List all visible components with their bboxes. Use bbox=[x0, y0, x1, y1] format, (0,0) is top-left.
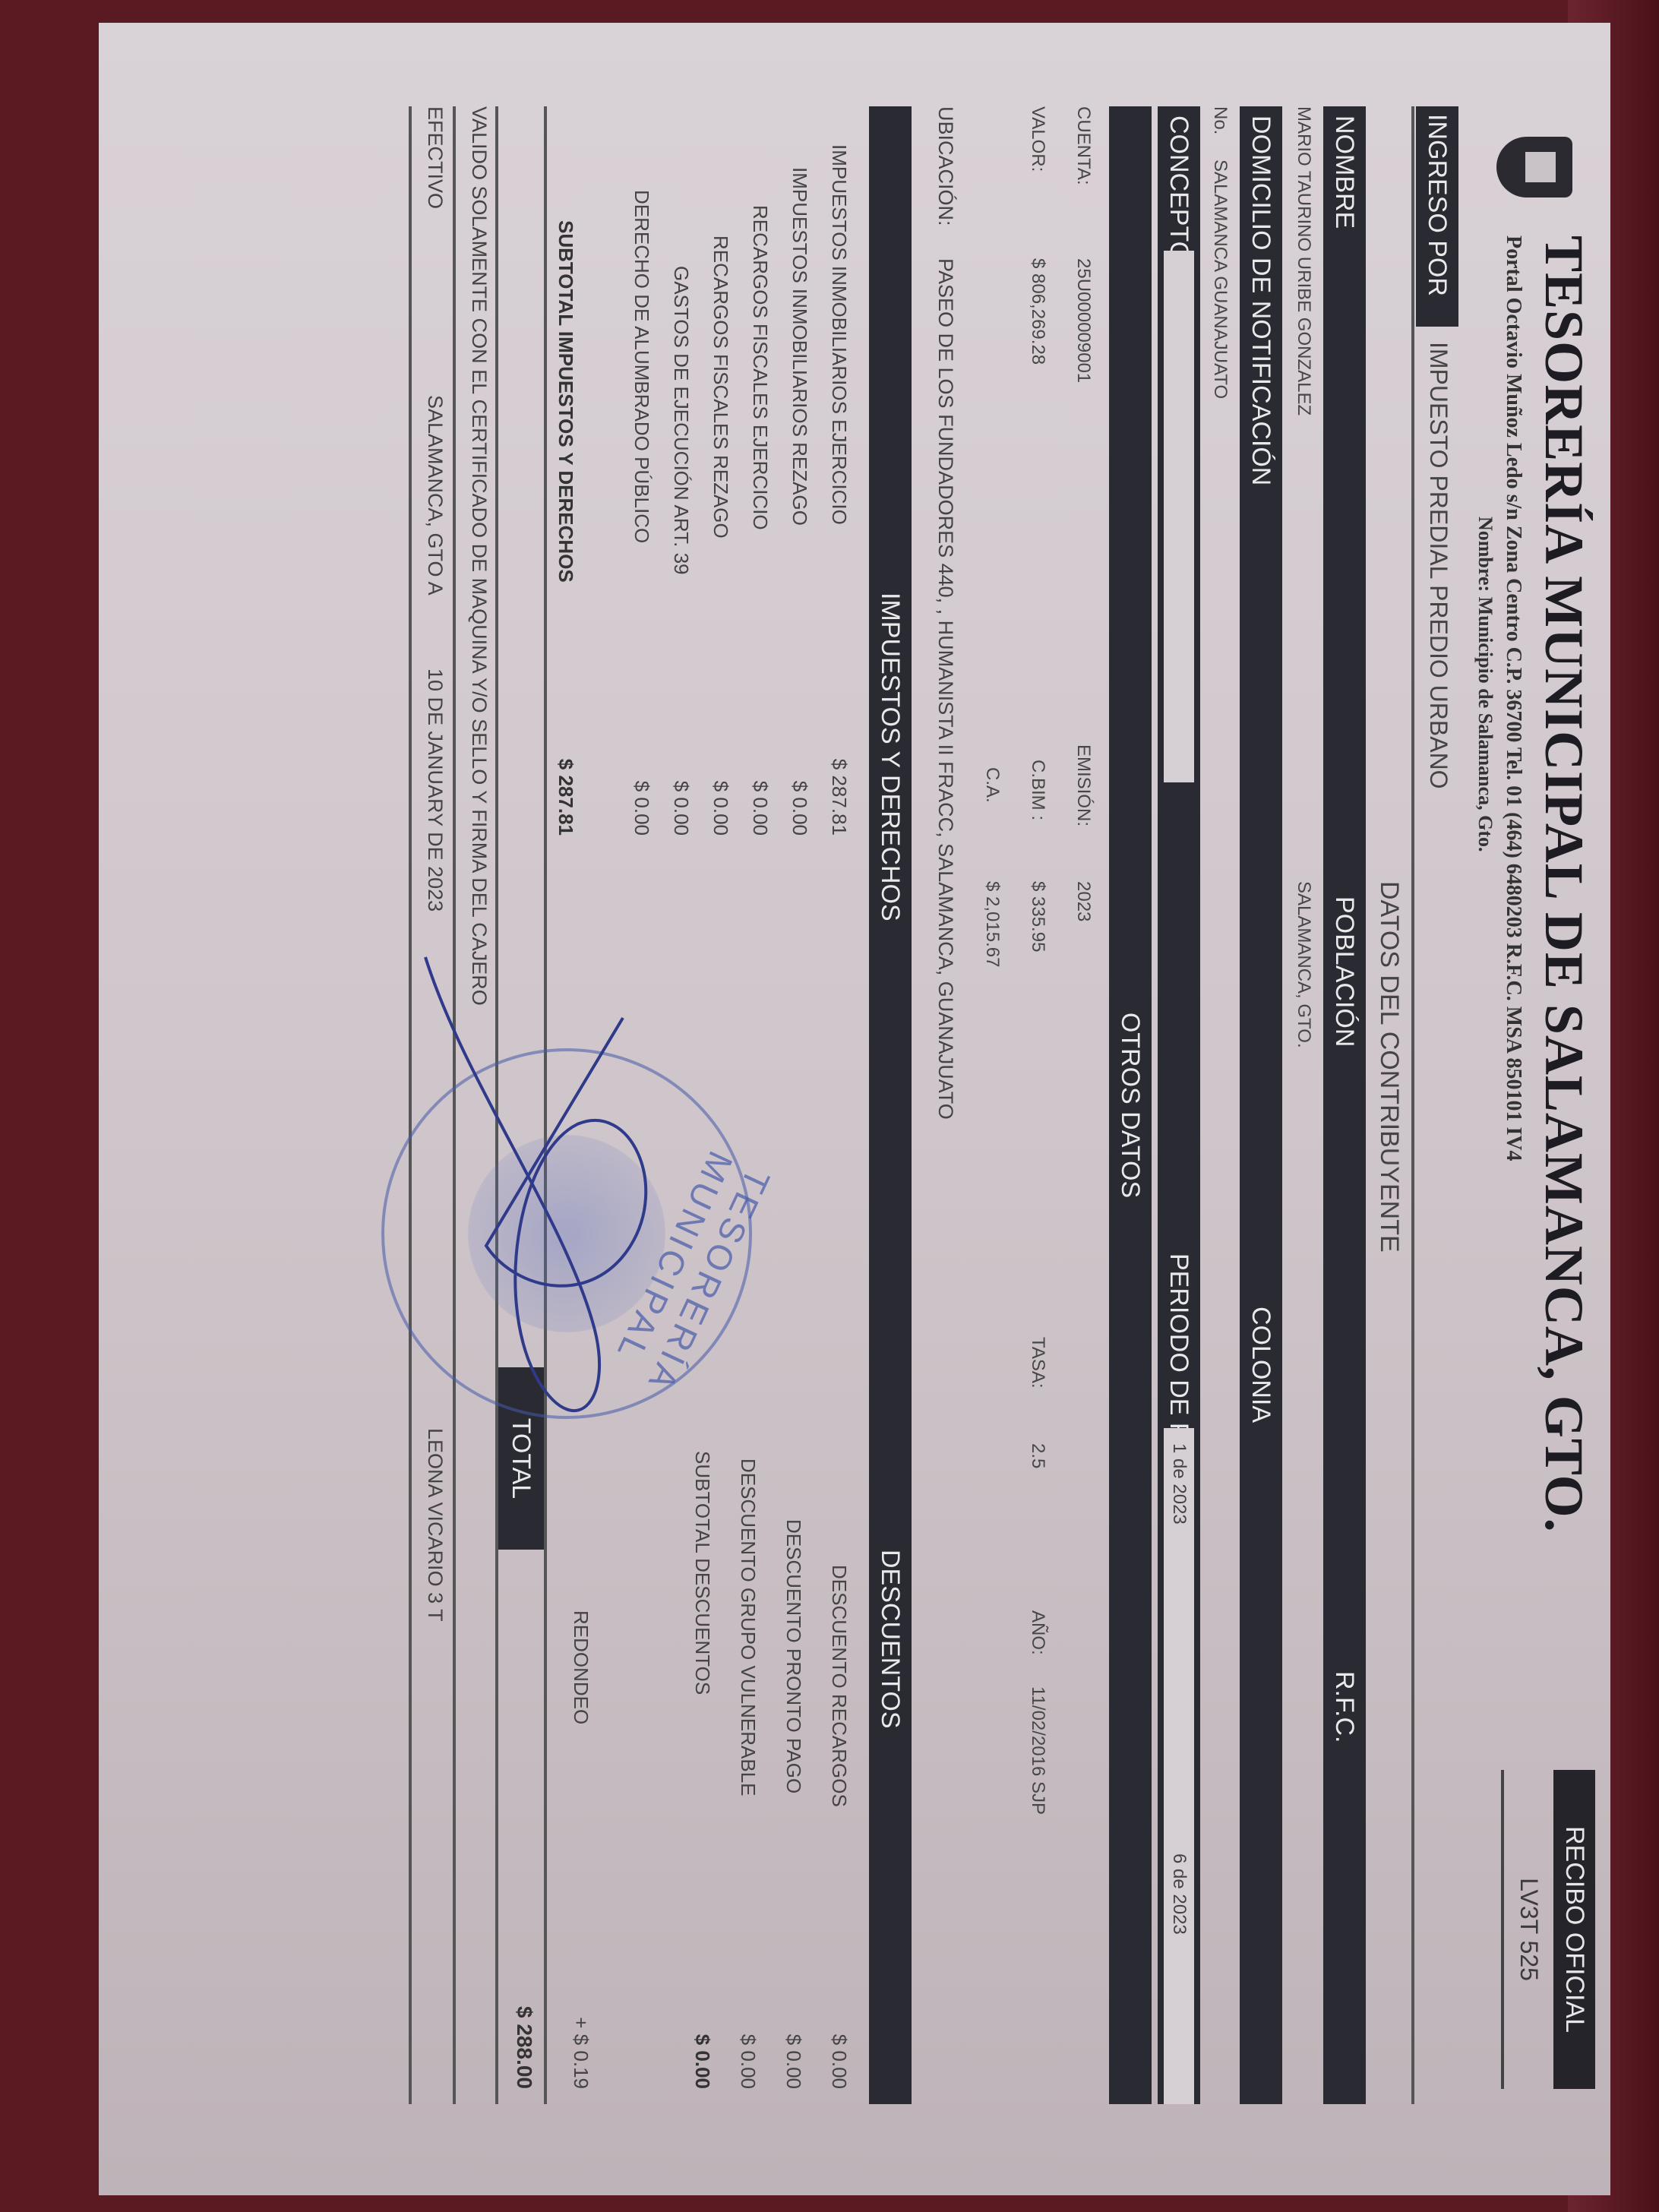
descuento-row-value: $ 0.00 bbox=[782, 1937, 805, 2089]
ca-label: C.A. bbox=[981, 767, 1003, 803]
periodo-field: 1 de 2023 6 de 2023 bbox=[1164, 1428, 1194, 2104]
impuestos-title: IMPUESTOS Y DERECHOS bbox=[869, 592, 912, 921]
concepto-label: CONCEPTO bbox=[1158, 115, 1200, 261]
impuesto-row-label: GASTOS DE EJECUCIÓN ART. 39 bbox=[669, 266, 693, 575]
concepto-header: CONCEPTO PERIODO DE PAGO 1 de 2023 6 de … bbox=[1158, 106, 1200, 2104]
signature-icon bbox=[395, 927, 714, 1458]
ingreso-value: IMPUESTO PREDIAL PREDIO URBANO bbox=[1424, 342, 1452, 789]
impuesto-row-value: $ 0.00 bbox=[630, 684, 653, 836]
concepto-value-field bbox=[1164, 251, 1194, 782]
receipt: TESORERÍA MUNICIPAL DE SALAMANCA, GTO. P… bbox=[122, 91, 1610, 2142]
anio-label: AÑO: bbox=[1027, 1610, 1048, 1655]
contribuyente-header: NOMBRE POBLACIÓN R.F.C. bbox=[1323, 106, 1366, 2104]
ubicacion-value: PASEO DE LOS FUNDADORES 440, , HUMANISTA… bbox=[934, 258, 957, 1120]
impuesto-row-value: $ 0.00 bbox=[748, 684, 772, 836]
valor-value: $ 806,269.28 bbox=[1027, 258, 1048, 365]
rfc-label: R.F.C. bbox=[1323, 1671, 1366, 1743]
periodo-hasta: 6 de 2023 bbox=[1164, 1853, 1194, 1935]
impuestos-subtotal-label: SUBTOTAL IMPUESTOS Y DERECHOS bbox=[554, 220, 577, 583]
ca-value: $ 2,015.67 bbox=[981, 881, 1003, 967]
nombre-value: MARIO TAURINO URIBE GONZALEZ bbox=[1293, 106, 1314, 416]
receipt-number-box: RECIBO OFICIAL LV3T 525 bbox=[1501, 1770, 1595, 2089]
impuesto-row-label: IMPUESTOS INMOBILIARIOS EJERCICIO bbox=[827, 144, 851, 525]
impuesto-row-value: $ 287.81 bbox=[827, 684, 851, 836]
impuesto-row-label: RECARGOS FISCALES REZAGO bbox=[709, 235, 732, 539]
impuesto-row-label: RECARGOS FISCALES EJERCICIO bbox=[748, 205, 772, 530]
impuesto-row-value: $ 0.00 bbox=[709, 684, 732, 836]
total-value: $ 288.00 bbox=[512, 1937, 536, 2089]
receipt-number: LV3T 525 bbox=[1501, 1770, 1553, 2089]
poblacion-value: SALAMANCA, GTO. bbox=[1293, 881, 1314, 1048]
impuesto-row-label: DERECHO DE ALUMBRADO PÚBLICO bbox=[630, 190, 653, 543]
impuestos-descuentos-header: IMPUESTOS Y DERECHOS DESCUENTOS bbox=[869, 106, 912, 2104]
divider bbox=[1411, 106, 1414, 2104]
treasury-title: TESORERÍA MUNICIPAL DE SALAMANCA, GTO. bbox=[1532, 235, 1595, 1533]
nombre-label: NOMBRE bbox=[1323, 115, 1366, 229]
cuenta-value: 25U000009001 bbox=[1073, 258, 1094, 383]
impuesto-row-label: IMPUESTOS INMOBILIARIOS REZAGO bbox=[788, 167, 811, 526]
periodo-desde: 1 de 2023 bbox=[1164, 1443, 1194, 1525]
impuesto-row-value: $ 0.00 bbox=[788, 684, 811, 836]
ingreso-label: INGRESO POR bbox=[1416, 106, 1458, 327]
impuesto-row-value: $ 0.00 bbox=[669, 684, 693, 836]
cuenta-label: CUENTA: bbox=[1073, 106, 1094, 185]
domicilio-value: SALAMANCA GUANAJUATO bbox=[1209, 160, 1231, 399]
date: 10 DE JANUARY DE 2023 bbox=[423, 668, 447, 912]
descuentos-subtotal-value: $ 0.00 bbox=[690, 1937, 714, 2089]
treasury-address: Portal Octavio Muñoz Ledo s/n Zona Centr… bbox=[1501, 235, 1525, 1161]
descuento-row-value: $ 0.00 bbox=[736, 1937, 760, 2089]
place: SALAMANCA, GTO A bbox=[423, 395, 447, 596]
tasa-value: 2.5 bbox=[1027, 1443, 1048, 1468]
poblacion-label: POBLACIÓN bbox=[1323, 896, 1366, 1047]
emision-label: EMISIÓN: bbox=[1073, 744, 1094, 826]
receipt-label: RECIBO OFICIAL bbox=[1553, 1770, 1595, 2089]
redondeo-value: + $ 0.19 bbox=[569, 1937, 592, 2089]
descuento-row-label: DESCUENTO GRUPO VULNERABLE bbox=[736, 1458, 760, 1796]
descuentos-title: DESCUENTOS bbox=[869, 1550, 912, 1729]
redondeo-label: REDONDEO bbox=[569, 1610, 592, 1724]
cbim-value: $ 335.95 bbox=[1027, 881, 1048, 952]
descuento-row-value: $ 0.00 bbox=[827, 1937, 851, 2089]
domicilio-label: DOMICILIO DE NOTIFICACIÓN bbox=[1240, 115, 1282, 485]
descuento-row-label: DESCUENTO PRONTO PAGO bbox=[782, 1519, 805, 1793]
otros-datos-header: OTROS DATOS bbox=[1109, 106, 1152, 2104]
cbim-label: C.BIM : bbox=[1027, 760, 1048, 820]
contribuyente-title: DATOS DEL CONTRIBUYENTE bbox=[1374, 881, 1404, 1253]
ubicacion-label: UBICACIÓN: bbox=[934, 106, 957, 226]
descuentos-subtotal-label: SUBTOTAL DESCUENTOS bbox=[690, 1451, 714, 1695]
anio-value: 11/02/2016 SJP bbox=[1027, 1686, 1048, 1815]
emision-value: 2023 bbox=[1073, 881, 1094, 921]
domicilio-header: DOMICILIO DE NOTIFICACIÓN COLONIA bbox=[1240, 106, 1282, 2104]
validity-note: VALIDO SOLAMENTE CON EL CERTIFICADO DE M… bbox=[467, 106, 491, 1006]
payment-method: EFECTIVO bbox=[423, 106, 447, 209]
colonia-label: COLONIA bbox=[1240, 1307, 1282, 1423]
tasa-label: TASA: bbox=[1027, 1337, 1048, 1389]
descuento-row-label: DESCUENTO RECARGOS bbox=[827, 1565, 851, 1807]
municipal-crest-icon bbox=[1474, 122, 1588, 213]
impuestos-subtotal-value: $ 287.81 bbox=[554, 684, 577, 836]
no-label: No. bbox=[1209, 106, 1231, 134]
treasury-name-line: Nombre: Municipio de Salamanca, Gto. bbox=[1474, 517, 1496, 852]
valor-label: VALOR: bbox=[1027, 106, 1048, 172]
